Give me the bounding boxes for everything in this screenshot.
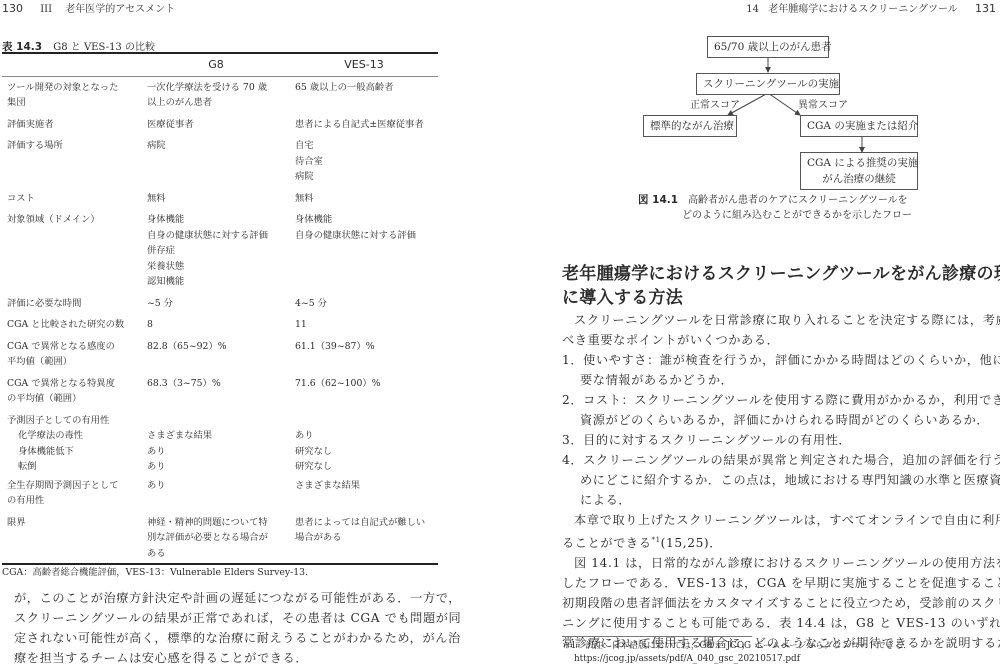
intro-line: べき重要なポイントがいくつかある． [562, 330, 998, 350]
ves13-value: あり [290, 428, 438, 444]
footnote-ref[interactable]: *1 [652, 536, 661, 544]
cell-text: あり [147, 478, 290, 494]
flow-box-cga: CGA の実施または紹介 [800, 115, 918, 137]
cell-text: 対象領域（ドメイン） [7, 212, 142, 228]
ves13-value [290, 410, 438, 429]
row-label: 身体機能低下 [2, 444, 142, 460]
part-title: 老年医学的アセスメント [65, 4, 175, 15]
list-item-1-cont: 要な情報があるかどうか． [562, 370, 998, 390]
figure-caption: 図 14.1高齢者がん患者のケアにスクリーニングツールを どのように組み込むこと… [638, 193, 912, 223]
cell-text: 全生存期間予測因子として [7, 478, 142, 494]
g8-value [142, 410, 290, 429]
cell-text: 61.1（39~87）% [295, 339, 438, 355]
cell-text: 無料 [295, 191, 438, 207]
cell-text: 自宅 [295, 138, 438, 154]
g8-value: 一次化学療法を受ける 70 歳以上のがん患者 [142, 76, 290, 114]
cell-text: 自身の健康状態に対する評価 [147, 228, 290, 244]
footnote-url-link[interactable]: https://jcog.jp/assets/pdf/A_040_gsc_202… [562, 653, 912, 666]
cell-text: 病院 [147, 138, 290, 154]
paragraph-3-line: したフローである．VES-13 は，CGA を早期に実施することを促進することや… [562, 573, 998, 593]
body-line: 定されない可能性が高く，標準的な治療に耐えうることがわかるため，がん治 [14, 628, 444, 648]
ves13-value: さまざまな結果 [290, 475, 438, 512]
cell-text: 身体機能低下 [18, 444, 142, 460]
cell-text: 患者によっては自記式が難しい [295, 515, 438, 531]
cell-text: 場合がある [295, 530, 438, 546]
cell-text: 栄養状態 [147, 259, 290, 275]
row-label: 予測因子としての有用性 [2, 410, 142, 429]
row-label: ツール開発の対象となった集団 [2, 76, 142, 114]
part-number: III [40, 4, 52, 15]
cell-text: あり [295, 428, 438, 444]
table-row: 転倒あり研究なし [2, 459, 438, 475]
ves13-value: 無料 [290, 188, 438, 210]
cell-text: 身体機能 [147, 212, 290, 228]
cell-text: 4~5 分 [295, 296, 438, 312]
cell-text: 自身の健康状態に対する評価 [295, 228, 438, 244]
g8-value: さまざまな結果 [142, 428, 290, 444]
cell-text: 化学療法の毒性 [18, 428, 142, 444]
ves13-value: 身体機能自身の健康状態に対する評価 [290, 209, 438, 293]
cell-text: 71.6（62~100）% [295, 376, 438, 392]
intro-line: スクリーニングツールを日常診療に取り入れることを決定する際には，考慮す [562, 310, 998, 330]
g8-value: 身体機能自身の健康状態に対する評価併存症栄養状態認知機能 [142, 209, 290, 293]
figure-caption-line1: 高齢者がん患者のケアにスクリーニングツールを [688, 195, 908, 206]
flow-label-abnormal: 異常スコア [798, 96, 848, 111]
paragraph-3-line: ニングに使用することも可能である．表 14.4 は，G8 と VES-13 のい… [562, 613, 998, 633]
section-heading: 老年腫瘍学におけるスクリーニングツールをがん診療の現場 に導入する方法 [562, 262, 1000, 310]
body-line: スクリーニングツールの結果が正常であれば，その患者は CGA でも問題が同 [14, 608, 444, 628]
flow-box-followup-line1: CGA による推奨の実施 [807, 155, 911, 171]
footnote: ＊1 訳注：日本語版においては，G8 が JCOG ホームページからダウンロード… [562, 640, 912, 666]
cell-text: 研究なし [295, 459, 438, 475]
g8-value: 82.8（65~92）% [142, 336, 290, 373]
cell-text: ある [147, 546, 290, 562]
cell-text: ~5 分 [147, 296, 290, 312]
paragraph-2-text: ることができる [562, 536, 652, 550]
row-label: CGA と比較された研究の数 [2, 314, 142, 336]
cell-text: 病院 [295, 169, 438, 185]
row-label: 評価に必要な時間 [2, 293, 142, 315]
cell-text: 以上のがん患者 [147, 95, 290, 111]
g8-value: 68.3（3~75）% [142, 373, 290, 410]
table-row: コスト無料無料 [2, 188, 438, 210]
cell-text: 平均値（範囲） [7, 354, 142, 370]
cell-text: の有用性 [7, 493, 142, 509]
heading-line: に導入する方法 [562, 286, 1000, 310]
table-row: 限界神経・精神的問題について特別な評価が必要となる場合がある患者によっては自記式… [2, 512, 438, 565]
row-label: 対象領域（ドメイン） [2, 209, 142, 293]
heading-line: 老年腫瘍学におけるスクリーニングツールをがん診療の現場 [562, 262, 1000, 286]
row-label: 全生存期間予測因子としての有用性 [2, 475, 142, 512]
ves13-value: 自宅待合室病院 [290, 135, 438, 188]
cell-text: 医療従事者 [147, 117, 290, 133]
cell-text: 患者による自記式±医療従事者 [295, 117, 438, 133]
table-row: 予測因子としての有用性 [2, 410, 438, 429]
cell-text: 65 歳以上の一般高齢者 [295, 80, 438, 96]
table-header-row: G8 VES-13 [2, 53, 438, 76]
row-label: CGA で異常となる特異度の平均値（範囲） [2, 373, 142, 410]
cell-text: 一次化学療法を受ける 70 歳 [147, 80, 290, 96]
footnote-divider [562, 636, 752, 637]
cell-text: 82.8（65~92）% [147, 339, 290, 355]
row-label: 転倒 [2, 459, 142, 475]
table-row: 評価実施者医療従事者患者による自記式±医療従事者 [2, 114, 438, 136]
flow-box-followup: CGA による推奨の実施 がん治療の継続 [800, 152, 918, 190]
left-page: 130 III 老年医学的アセスメント 表 14.3 G8 と VES-13 の… [0, 0, 500, 666]
cell-text: 評価する場所 [7, 138, 142, 154]
paragraph-2-line: ることができる*1(15,25)． [562, 530, 998, 553]
column-header-g8: G8 [142, 53, 290, 76]
cell-text: 評価に必要な時間 [7, 296, 142, 312]
ves13-value: 研究なし [290, 459, 438, 475]
cell-text: 無料 [147, 191, 290, 207]
cell-text: さまざまな結果 [295, 478, 438, 494]
cell-text: 転倒 [18, 459, 142, 475]
table-row: CGA と比較された研究の数811 [2, 314, 438, 336]
considerations-list: 1．使いやすさ：誰が検査を行うか，評価にかかる時間はどのくらいか，他に必 要な情… [562, 350, 998, 510]
column-header-blank [2, 53, 142, 76]
g8-value: ~5 分 [142, 293, 290, 315]
table-row: 対象領域（ドメイン）身体機能自身の健康状態に対する評価併存症栄養状態認知機能身体… [2, 209, 438, 293]
table-row: CGA で異常となる特異度の平均値（範囲）68.3（3~75）%71.6（62~… [2, 373, 438, 410]
cell-text: 身体機能 [295, 212, 438, 228]
table-row: 身体機能低下あり研究なし [2, 444, 438, 460]
paragraph-3-line: 図 14.1 は，日常的ながん診療におけるスクリーニングツールの使用方法を示 [562, 553, 998, 573]
table-row: 評価する場所病院自宅待合室病院 [2, 135, 438, 188]
table-row: 全生存期間予測因子としての有用性ありさまざまな結果 [2, 475, 438, 512]
right-body-text: スクリーニングツールを日常診療に取り入れることを決定する際には，考慮す べき重要… [562, 310, 998, 653]
flow-box-standard-treatment: 標準的ながん治療 [643, 115, 737, 137]
row-label: 化学療法の毒性 [2, 428, 142, 444]
cell-text: さまざまな結果 [147, 428, 290, 444]
cell-text: 認知機能 [147, 274, 290, 290]
ves13-value: 65 歳以上の一般高齢者 [290, 76, 438, 114]
g8-value: 8 [142, 314, 290, 336]
cell-text: 待合室 [295, 154, 438, 170]
cell-text: 神経・精神的問題について特 [147, 515, 290, 531]
ves13-value: 11 [290, 314, 438, 336]
flow-box-start: 65/70 歳以上のがん患者 [707, 36, 829, 58]
cell-text: 68.3（3~75）% [147, 376, 290, 392]
cell-text: 別な評価が必要となる場合が [147, 530, 290, 546]
cell-text: 併存症 [147, 243, 290, 259]
footnote-text: ＊1 訳注：日本語版においては，G8 が JCOG ホームページからダウンロード… [562, 641, 912, 651]
row-label: 限界 [2, 512, 142, 565]
row-label: 評価実施者 [2, 114, 142, 136]
ves13-value: 患者による自記式±医療従事者 [290, 114, 438, 136]
column-header-ves13: VES-13 [290, 53, 438, 76]
table-row: 化学療法の毒性さまざまな結果あり [2, 428, 438, 444]
list-item-4-cont: めにどこに紹介するか．この点は，地域における専門知識の水準と医療資源 [562, 470, 998, 490]
g8-value: 無料 [142, 188, 290, 210]
list-item-4-cont2: による． [562, 490, 998, 510]
g8-value: 医療従事者 [142, 114, 290, 136]
comparison-table: G8 VES-13 ツール開発の対象となった集団一次化学療法を受ける 70 歳以… [2, 52, 438, 565]
cell-text: 予測因子としての有用性 [7, 413, 142, 429]
cell-text: 11 [295, 317, 438, 333]
figure-caption-line2: どのように組み込むことができるかを示したフロー [638, 208, 912, 223]
cell-text: 研究なし [295, 444, 438, 460]
cell-text: CGA と比較された研究の数 [7, 317, 142, 333]
paragraph-2-line: 本章で取り上げたスクリーニングツールは，すべてオンラインで自由に利用す [562, 510, 998, 530]
table-note: CGA：高齢者総合機能評価，VES-13：Vulnerable Elders S… [2, 564, 308, 578]
row-label: コスト [2, 188, 142, 210]
running-header-left: 130 III 老年医学的アセスメント [2, 0, 175, 15]
cell-text: CGA で異常となる感度の [7, 339, 142, 355]
citation-ref: (15,25)． [661, 536, 722, 550]
cell-text: 限界 [7, 515, 142, 531]
cell-text: CGA で異常となる特異度 [7, 376, 142, 392]
ves13-value: 71.6（62~100）% [290, 373, 438, 410]
flowchart-connectors [500, 0, 1000, 200]
list-item-2: 2．コスト：スクリーニングツールを使用する際に費用がかかるか，利用できる [562, 390, 998, 410]
cell-text: 集団 [7, 95, 142, 111]
ves13-value: 61.1（39~87）% [290, 336, 438, 373]
flow-box-screening: スクリーニングツールの実施 [696, 73, 840, 95]
page-number: 130 [2, 2, 23, 15]
table-row: 評価に必要な時間~5 分4~5 分 [2, 293, 438, 315]
body-line: 療を担当するチームは安心感を得ることができる． [14, 648, 444, 666]
cell-text: 評価実施者 [7, 117, 142, 133]
left-body-text: が，このことが治療方針決定や計画の遅延につながる可能性がある．一方で， スクリー… [14, 588, 444, 666]
g8-value: あり [142, 459, 290, 475]
flow-label-normal: 正常スコア [690, 96, 740, 111]
list-item-2-cont: 資源がどのくらいあるか，評価にかけられる時間がどのくらいあるか． [562, 410, 998, 430]
paragraph-3-line: 初期段階の患者評価法をカスタマイズすることに役立つため，受診前のスクリー [562, 593, 998, 613]
table-row: CGA で異常となる感度の平均値（範囲）82.8（65~92）%61.1（39~… [2, 336, 438, 373]
list-item-1: 1．使いやすさ：誰が検査を行うか，評価にかかる時間はどのくらいか，他に必 [562, 350, 998, 370]
right-page: 14 老年腫瘍学におけるスクリーニングツール 131 65/70 歳以上のがん患… [500, 0, 1000, 666]
cell-text: の平均値（範囲） [7, 391, 142, 407]
ves13-value: 4~5 分 [290, 293, 438, 315]
flowchart-figure: 65/70 歳以上のがん患者 スクリーニングツールの実施 正常スコア 異常スコア… [500, 0, 1000, 200]
cell-text: コスト [7, 191, 142, 207]
table-row: ツール開発の対象となった集団一次化学療法を受ける 70 歳以上のがん患者65 歳… [2, 76, 438, 114]
ves13-value: 研究なし [290, 444, 438, 460]
figure-number: 図 14.1 [638, 194, 678, 206]
g8-value: あり [142, 475, 290, 512]
body-line: が，このことが治療方針決定や計画の遅延につながる可能性がある．一方で， [14, 588, 444, 608]
cell-text: あり [147, 444, 290, 460]
row-label: CGA で異常となる感度の平均値（範囲） [2, 336, 142, 373]
cell-text: ツール開発の対象となった [7, 80, 142, 96]
flow-box-followup-line2: がん治療の継続 [807, 171, 911, 187]
cell-text: 8 [147, 317, 290, 333]
g8-value: 神経・精神的問題について特別な評価が必要となる場合がある [142, 512, 290, 565]
table-body: ツール開発の対象となった集団一次化学療法を受ける 70 歳以上のがん患者65 歳… [2, 76, 438, 564]
row-label: 評価する場所 [2, 135, 142, 188]
g8-value: あり [142, 444, 290, 460]
g8-value: 病院 [142, 135, 290, 188]
ves13-value: 患者によっては自記式が難しい場合がある [290, 512, 438, 565]
list-item-3: 3．目的に対するスクリーニングツールの有用性． [562, 430, 998, 450]
list-item-4: 4．スクリーニングツールの結果が異常と判定された場合，追加の評価を行うた [562, 450, 998, 470]
cell-text: あり [147, 459, 290, 475]
